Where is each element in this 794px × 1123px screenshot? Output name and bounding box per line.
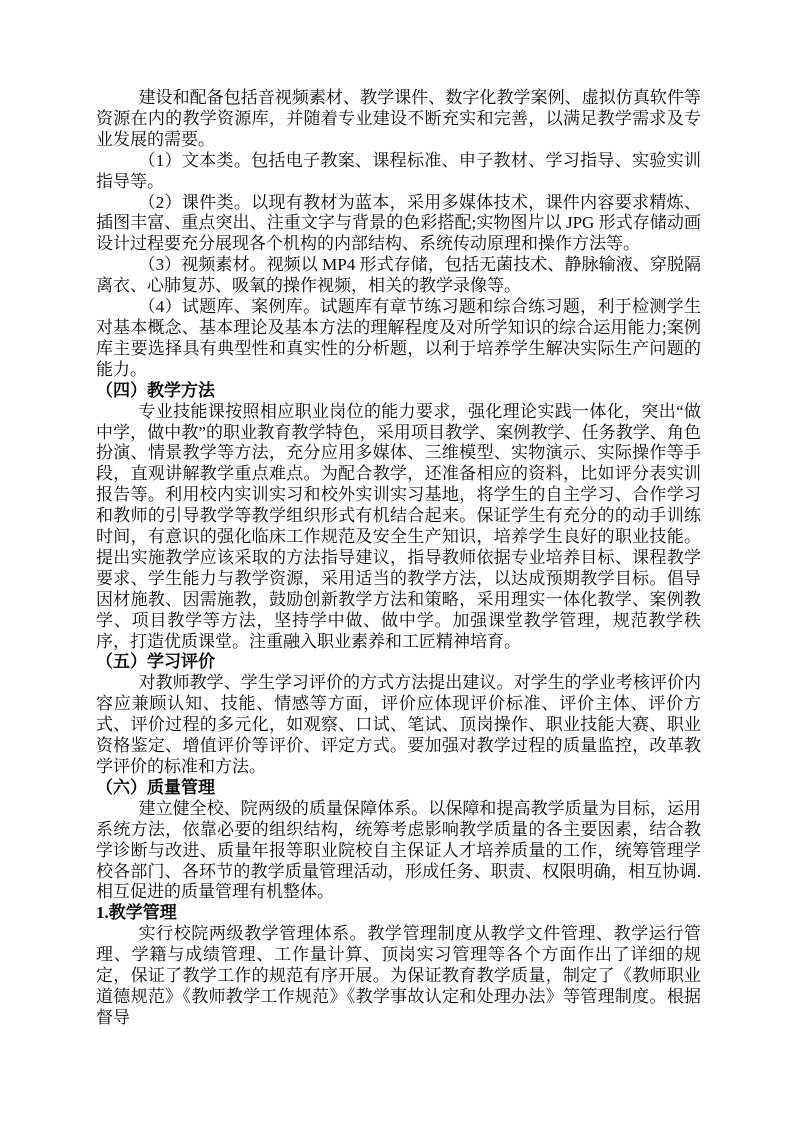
paragraph: 实行校院两级教学管理体系。教学管理制度从教学文件管理、教学运行管理、学籍与成绩管… [96, 924, 701, 1029]
paragraph: 建立健全校、院两级的质量保障体系。以保障和提高教学质量为目标，运用系统方法，依靠… [96, 799, 701, 904]
paragraph: （1）文本类。包括电子教案、课程标准、申子教材、学习指导、实验实训指导等。 [96, 151, 701, 193]
document-page: 建设和配备包括音视频素材、教学课件、数字化教学案例、虚拟仿真软件等资源在内的教学… [0, 0, 794, 1123]
paragraph: 对教师教学、学生学习评价的方式方法提出建议。对学生的学业考核评价内容应兼顾认知、… [96, 673, 701, 778]
section-heading: （四）教学方法 [96, 381, 701, 402]
section-heading: （五）学习评价 [96, 652, 701, 673]
section-heading: （六）质量管理 [96, 778, 701, 799]
paragraph: （3）视频素材。视频以 MP4 形式存储，包括无菌技术、静脉输液、穿脱隔离衣、心… [96, 255, 701, 297]
document-body: 建设和配备包括音视频素材、教学课件、数字化教学案例、虚拟仿真软件等资源在内的教学… [96, 88, 701, 1029]
paragraph: 建设和配备包括音视频素材、教学课件、数字化教学案例、虚拟仿真软件等资源在内的教学… [96, 88, 701, 151]
section-heading: 1.教学管理 [96, 903, 701, 924]
paragraph: 专业技能课按照相应职业岗位的能力要求，强化理论实践一体化，突出“做中学，做中教”… [96, 402, 701, 653]
paragraph: （2）课件类。以现有教材为蓝本，采用多媒体技术，课件内容要求精炼、插图丰富、重点… [96, 193, 701, 256]
paragraph: （4）试题库、案例库。试题库有章节练习题和综合练习题，利于检测学生对基本概念、基… [96, 297, 701, 381]
